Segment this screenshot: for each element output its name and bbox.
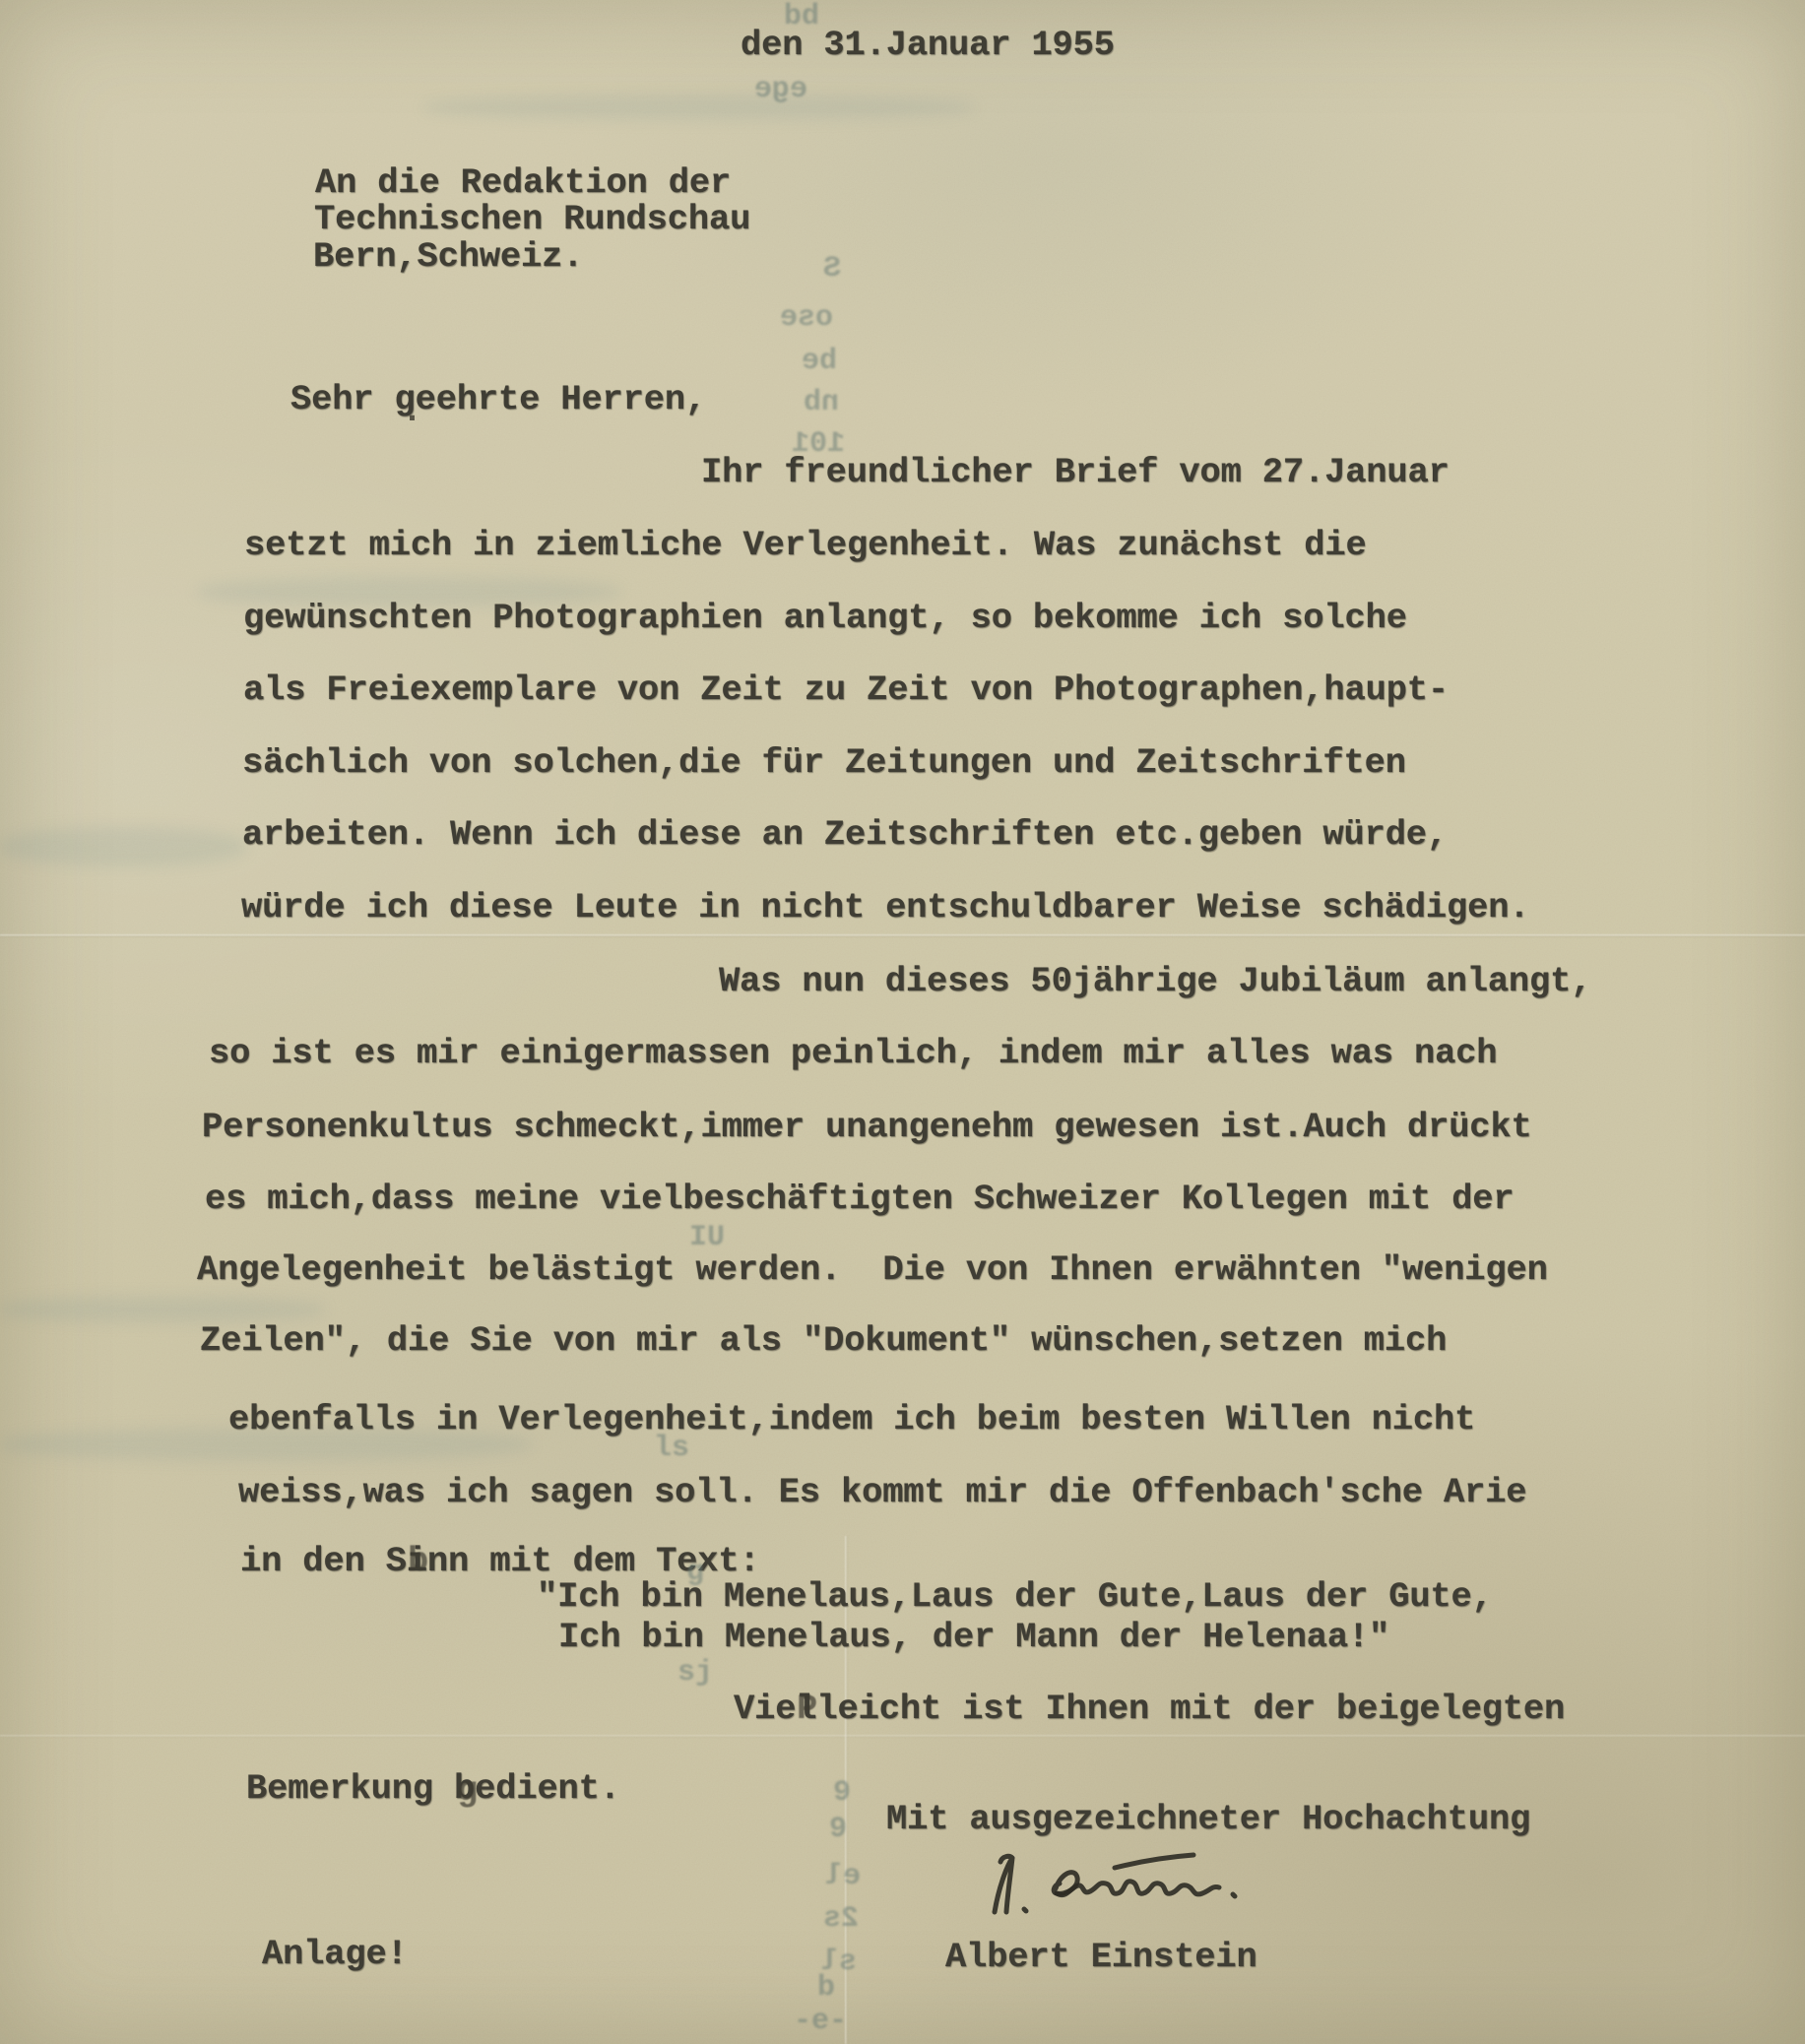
paper-grain-texture (0, 0, 1805, 2044)
letter-scan-page: den 31.Januar 1955 An die Redaktion der … (0, 0, 1805, 2044)
